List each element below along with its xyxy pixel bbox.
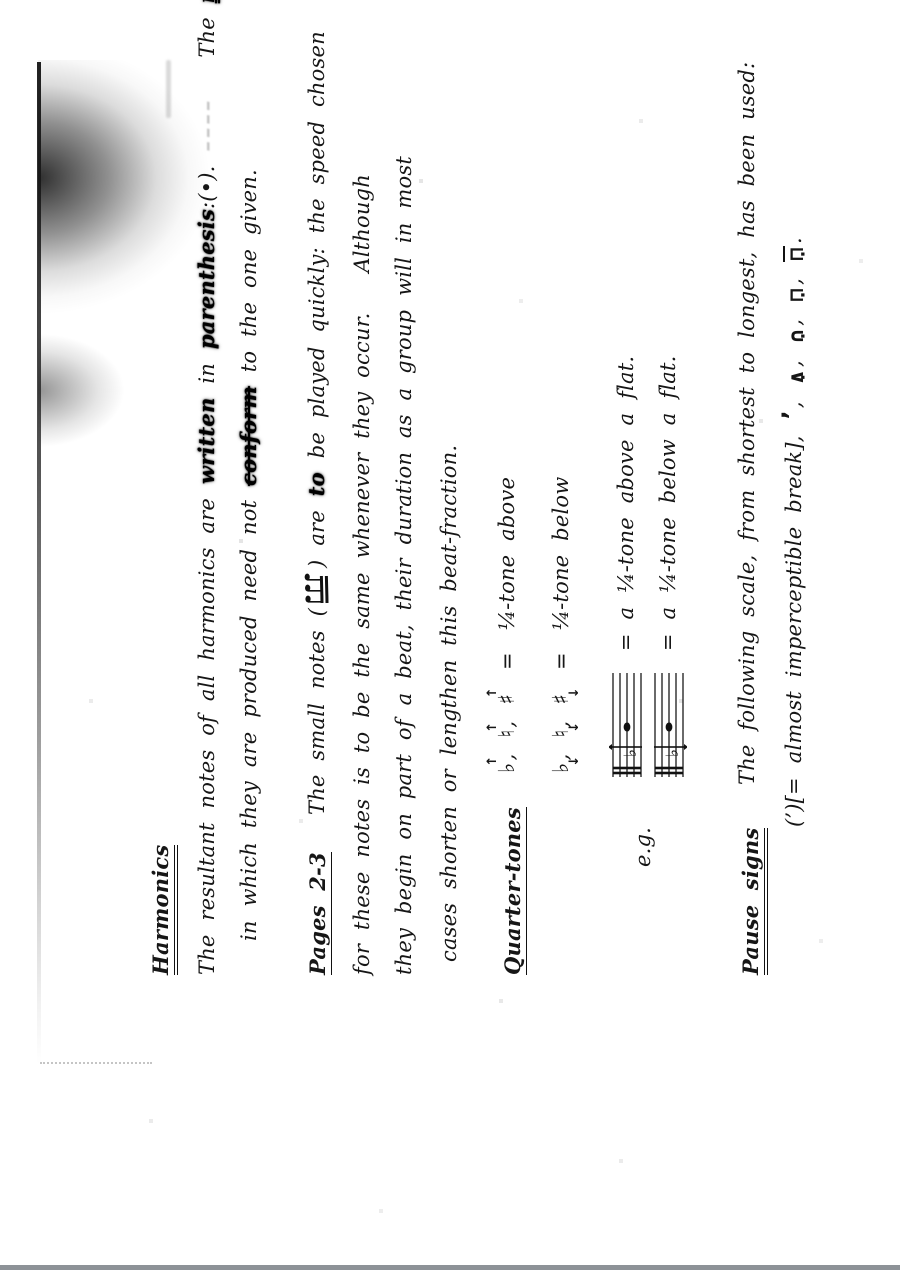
smudged-word-manner: manner [194,0,219,3]
pause-signs-line-1: The following scale, from shortest to lo… [735,62,759,785]
staff-example-2: ♭ = a ¼-tone below a flat. [651,355,687,777]
pause-scale-symbols: ’, ∧·, ∩·, ⊓·, ⊓· [782,244,806,422]
scan-shadow-blob-small [38,318,153,463]
accidentals-up-arrow: ♭↑, ♮↑, ♯↑ [495,692,519,775]
beamed-small-notes-icon [303,570,329,606]
scan-dotted-edge [40,1062,152,1064]
pages23-heading: Pages 2-3 [306,852,330,975]
staff-fragment-down-icon: ♭ [651,673,687,777]
handwritten-sheet: Harmonics The resultant notes of all har… [145,63,817,975]
pages23-line-1: The small notes () are to be played quic… [303,31,329,815]
scan-page-edge-line [37,62,41,1064]
pause-signs-line-2: (’)[= almost imperceptible break], ’, ∧·… [779,237,806,827]
smudged-word-parenthesis: parenthesis [194,209,219,349]
scanned-document-page: Harmonics The resultant notes of all har… [0,0,900,1274]
accidental-with-arrow-icon: ♯↓ [549,694,574,705]
quarter-tones-row-2: ♭↓, ♮↓, ♯↓ = ¼-tone below [549,477,574,775]
pause-symbol-icon: ∧· [786,367,806,387]
pages23-line-4: cases shorten or lengthen this beat-frac… [437,445,461,962]
accidental-with-arrow-icon: ♮↑ [495,730,520,738]
svg-text:♭: ♭ [663,749,683,757]
pages23-line-2: for these notes is to be the same whenev… [350,174,374,975]
staff-example-1: ♭ = a ¼-tone above a flat. [609,356,645,777]
harmonics-heading: Harmonics [149,845,173,975]
accidental-with-arrow-icon: ♮↓ [549,730,574,738]
example-label: e.g. [631,827,655,867]
quarter-tones-heading: Quarter-tones [501,807,525,975]
accidental-with-arrow-icon: ♭↓ [549,762,574,773]
pause-symbol-icon: ⊓· [786,285,806,305]
harmonics-line-2: in which they are produced need not conf… [237,169,261,941]
smudged-word-conform: conform [236,386,261,486]
smudged-word-written: written [194,398,219,485]
pause-symbol-icon: ∩· [786,326,806,346]
svg-text:♭: ♭ [621,749,641,757]
staff-fragment-up-icon: ♭ [609,673,645,777]
pause-symbol-icon: ’ [779,408,803,421]
pause-symbol-icon: ⊓· [783,244,806,264]
pause-signs-heading: Pause signs [739,828,763,975]
page-bottom-border [0,1265,900,1270]
pages23-line-3: they begin on part of a beat, their dura… [392,156,416,975]
paper-noise-speckles [0,0,2,2]
accidental-with-arrow-icon: ♭↑ [495,762,520,773]
accidentals-down-arrow: ♭↓, ♮↓, ♯↓ [549,692,573,775]
smudged-word-to: to [304,472,329,496]
erased-mark: –––– [194,98,219,152]
quarter-tones-row-1: ♭↑, ♮↑, ♯↑ = ¼-tone above [495,477,520,775]
accidental-with-arrow-icon: ♯↑ [495,694,520,705]
harmonics-line-1: The resultant notes of all harmonics are… [195,0,219,975]
